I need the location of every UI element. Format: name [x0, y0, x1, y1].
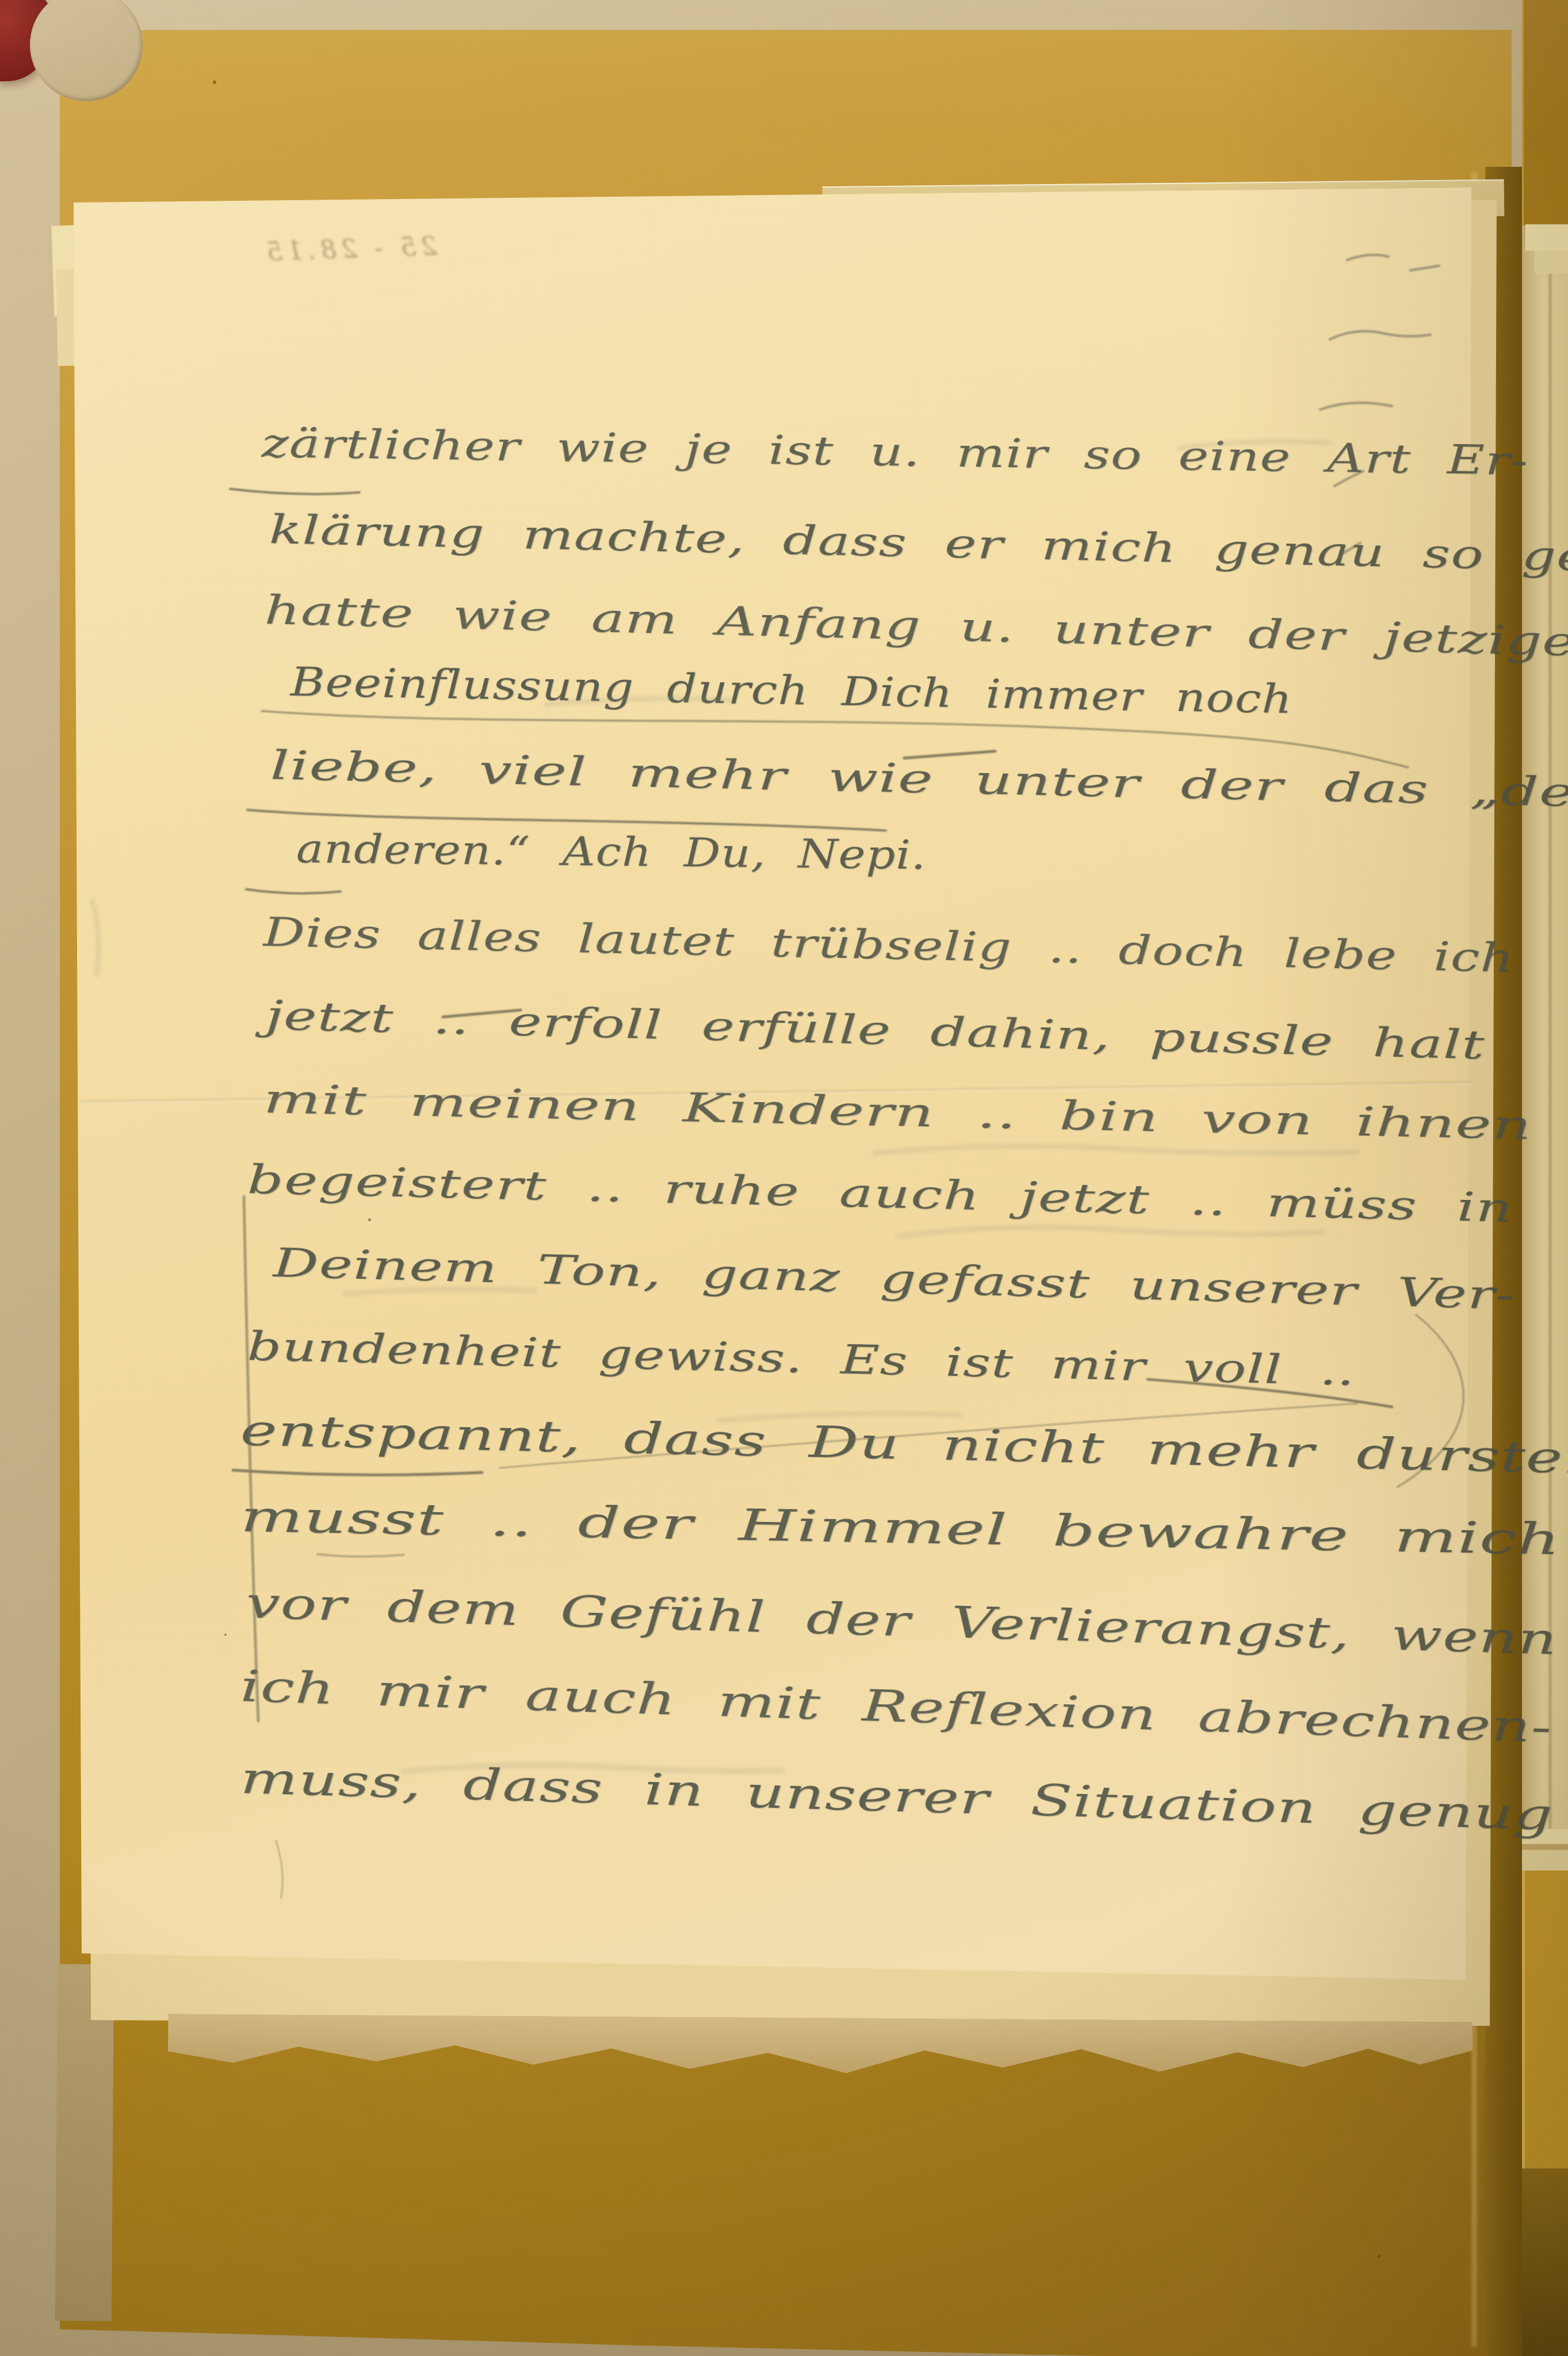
right-stack-bottom-edge [1522, 1850, 1568, 1871]
right-folder-gold-edge [1522, 1871, 1568, 2168]
right-stack-bottom-edge [1522, 1829, 1568, 1844]
right-folder-top [1522, 0, 1568, 225]
right-stack-sheet-step [1535, 251, 1568, 274]
right-stack-bottom-shadow [1522, 1844, 1568, 1850]
dust-speck [1378, 2255, 1380, 2258]
dust-speck [213, 81, 216, 84]
right-bottom-dark-corner [1522, 2168, 1568, 2356]
dust-speck [368, 1218, 371, 1221]
photo-of-handwritten-letter: 25 - 28.15 zärtlicher wie je ist u. mir … [0, 0, 1568, 2356]
right-stack-crease [1548, 225, 1552, 1829]
right-paper-stack [1522, 225, 1568, 1829]
dust-speck [224, 1634, 227, 1636]
right-stack-sheet-step [1525, 224, 1568, 251]
